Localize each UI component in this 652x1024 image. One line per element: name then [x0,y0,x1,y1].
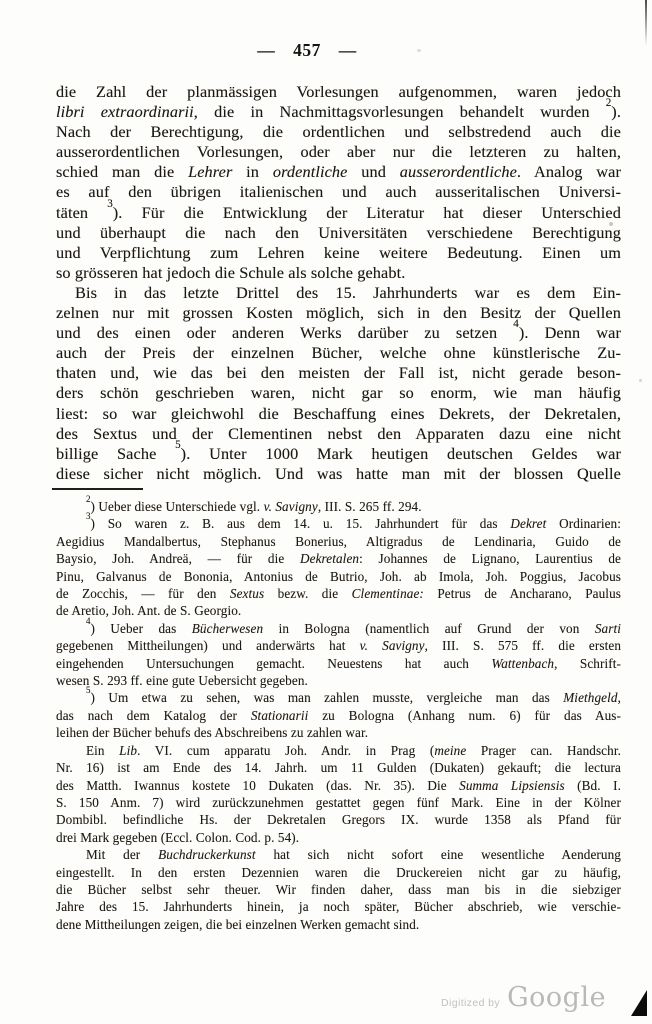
text-line: auch der Preis der einzelnen Bücher, wel… [56,343,621,363]
scan-speck [417,49,421,52]
text-line: zelnen nur mit grossen Kosten möglich, s… [56,303,621,323]
footnote-line: de Zocchis, — für den Sextus bezw. die C… [56,585,621,602]
footnote-line: Nr. 16) ist am Ende des 14. Jahrh. um 11… [56,759,621,776]
footnote-line: Aegidius Mandalbertus, Stephanus Boneriu… [56,533,621,550]
text-line: billige Sache 5). Unter 1000 Mark heutig… [56,444,621,464]
text-line: und des einen oder anderen Werks darüber… [56,323,621,343]
scan-speck [609,222,613,226]
footnote-line: 5) Um etwa zu sehen, was man zahlen muss… [56,689,621,706]
footnotes: 2) Ueber diese Unterschiede vgl. v. Savi… [56,498,621,933]
footnote-line: eingehenden Untersuchungen gemacht. Neue… [56,655,621,672]
book-page: — 457 — die Zahl der planmässigen Vorles… [0,0,652,1024]
footnote-separator-rule [52,488,143,490]
text-line: es auf den übrigen italienischen und auc… [56,182,621,202]
footnote-line: 4) Ueber das Bücherwesen in Bologna (nam… [56,620,621,637]
scan-corner-artifact [631,990,647,1016]
text-line: diese sicher nicht möglich. Und was hatt… [56,464,621,484]
page-number: — 457 — [0,40,614,61]
text-line: des Sextus und der Clementinen nebst den… [56,424,621,444]
footnote-line: wesen S. 293 ff. eine gute Uebersicht ge… [56,672,621,689]
watermark-prefix-text: Digitized by [441,997,500,1009]
text-line: Bis in das letzte Drittel des 15. Jahrhu… [56,283,621,303]
footnote-line: eingestellt. In den ersten Dezennien war… [56,864,621,881]
footnote-line: leihen der Bücher behufs des Abschreiben… [56,724,621,741]
text-line: täten 3). Für die Entwicklung der Litera… [56,203,621,223]
footnote-line: Dombibl. befindliche Hs. der Dekretalen … [56,811,621,828]
footnote-line: Ein Lib. VI. cum apparatu Joh. Andr. in … [56,742,621,759]
text-line: und überhaupt die nach den Universitäten… [56,223,621,243]
text-line: Nach der Berechtigung, die ordentlichen … [56,122,621,142]
scan-speck [639,379,642,382]
footnote-line: dene Mittheilungen zeigen, die bei einze… [56,916,621,933]
footnote-line: de Aretio, Joh. Ant. de S. Georgio. [56,602,621,619]
footnote-line: 2) Ueber diese Unterschiede vgl. v. Savi… [56,498,621,515]
text-line: so grösseren hat jedoch die Schule als s… [56,263,621,283]
text-line: libri extraordinarii, die in Nachmittags… [56,102,621,122]
text-line: schied man die Lehrer in ordentliche und… [56,162,621,182]
text-line: ders schön geschrieben waren, nicht gar … [56,383,621,403]
footnote-line: Pinu, Galvanus de Bononia, Antonius de B… [56,568,621,585]
google-logo-text: Google [507,982,606,1013]
footnote-line: S. 150 Anm. 7) wird zurückzunehmen gesta… [56,794,621,811]
footnote-line: Jahre des 15. Jahrhunderts hinein, ja no… [56,898,621,915]
text-line: liest: so war gleichwohl die Beschaffung… [56,404,621,424]
text-line: die Zahl der planmässigen Vorlesungen au… [56,82,621,102]
footnote-line: drei Mark gegeben (Eccl. Colon. Cod. p. … [56,829,621,846]
footnote-line: Mit der Buchdruckerkunst hat sich nicht … [56,846,621,863]
footnote-line: Baysio, Joh. Andreä, — für die Dekretale… [56,550,621,567]
text-line: und Verpflichtung zum Lehren keine weite… [56,243,621,263]
main-text: die Zahl der planmässigen Vorlesungen au… [56,82,621,484]
footnote-line: die Bücher selbst sehr theuer. Wir finde… [56,881,621,898]
footnote-line: 3) So waren z. B. aus dem 14. u. 15. Jah… [56,515,621,532]
footnote-line: gegebenen Mittheilungen) und anderwärts … [56,637,621,654]
footnote-line: das nach dem Katalog der Stationarii zu … [56,707,621,724]
digitized-by-google-watermark: Digitized by Google [441,982,606,1013]
text-line: ausserordentlichen Vorlesungen, oder abe… [56,142,621,162]
text-line: thaten und, wie das bei den meisten der … [56,363,621,383]
footnote-line: des Matth. Iwannus kostete 10 Dukaten (d… [56,777,621,794]
scan-edge-artifact [645,0,647,46]
